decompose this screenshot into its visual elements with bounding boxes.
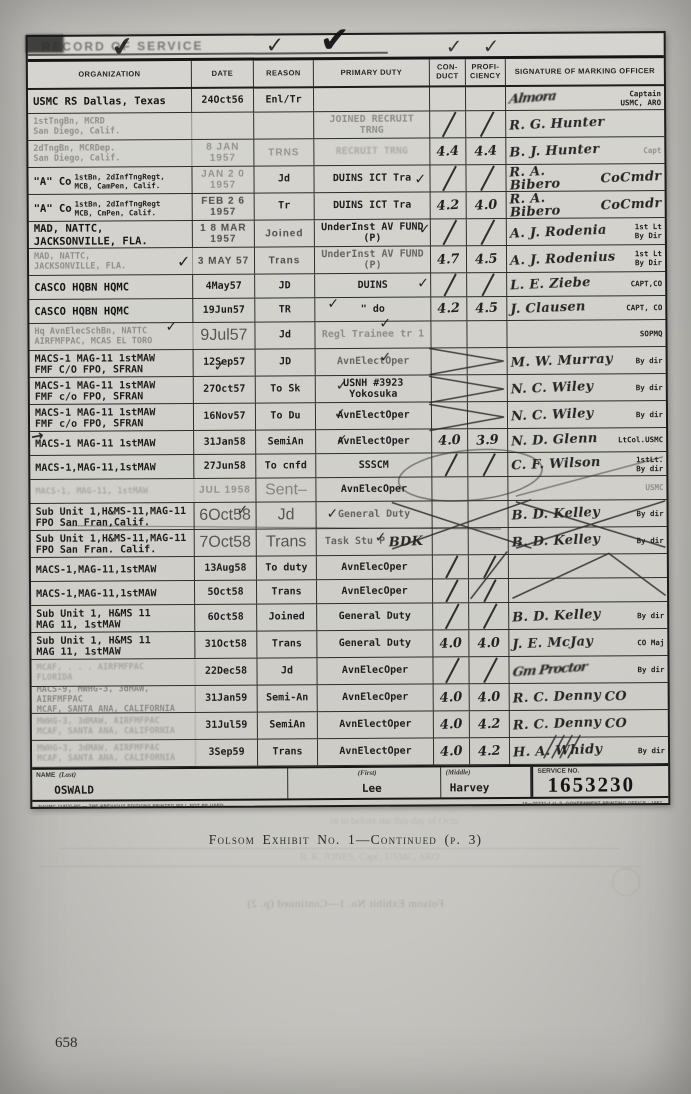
organization-line: MACS-1 MAG-11 1stMAW xyxy=(35,352,190,364)
column-header: CON- DUCT xyxy=(430,59,466,85)
conduct-cell xyxy=(432,477,468,500)
signature-script: B. D. Kelley xyxy=(512,607,601,624)
signature-script-suffix: CoCmdr xyxy=(601,197,662,212)
middle-label: (Middle) xyxy=(446,768,471,776)
reason-cell: Joined xyxy=(257,604,317,630)
primary-duty-value: DUINS xyxy=(358,280,388,292)
primary-duty-value: JOINED RECRUIT TRNG xyxy=(316,113,427,137)
organization-sub: 1stBn, 2dInfTngRegtMCB, CmPen, Calif. xyxy=(75,199,161,218)
date-cell: 27Jun58 xyxy=(194,455,256,478)
reason-cell: To Sk xyxy=(256,376,316,402)
reason-value: Joined xyxy=(265,228,303,239)
conduct-cell: 4.2 xyxy=(431,297,467,320)
signature-typed: By dir xyxy=(636,410,663,419)
reason-cell: SemiAn xyxy=(258,712,318,738)
proficiency-cell xyxy=(466,111,506,137)
date-value: 31Jan59 xyxy=(205,693,247,705)
proficiency-cell xyxy=(466,87,506,110)
primary-duty-value: AvnElecOper xyxy=(341,585,407,597)
date-value: 8 JAN 1957 xyxy=(193,142,252,164)
organization-cell: MACS-1,MAG-11,1stMAW xyxy=(30,455,194,479)
signature-cell: N. C. WileyBy dir xyxy=(508,374,666,401)
column-header: DATE xyxy=(192,61,254,87)
conduct-value: 4.2 xyxy=(437,302,460,316)
name-label: NAME (Last) xyxy=(36,771,76,779)
primary-duty-cell: UnderInst AV FUND (P) xyxy=(315,219,431,246)
date-cell xyxy=(192,113,254,139)
primary-duty-value: General Duty xyxy=(339,611,411,623)
organization-line: MCB, CmPen, Calif. xyxy=(75,208,161,218)
primary-duty-value: AvnElectOper xyxy=(339,719,411,731)
organization-line: MACS-1,MAG-11,1stMAW xyxy=(36,588,191,600)
date-cell: 31Oct58 xyxy=(195,632,257,658)
proficiency-cell xyxy=(468,375,508,401)
signature-cell: R. A. BiberoCoCmdr xyxy=(506,164,664,191)
conduct-cell xyxy=(430,111,466,137)
proficiency-cell xyxy=(467,273,507,296)
primary-duty-value: AvnElecOper xyxy=(341,483,407,495)
signature-cell: R. G. Hunter xyxy=(506,110,664,137)
organization-cell: Sub Unit 1,H&MS-11,MAG-11FPO San Fran,Ca… xyxy=(31,503,195,530)
reason-cell: SemiAn xyxy=(256,430,316,453)
primary-duty-cell: DUINS ICT Tra xyxy=(314,165,430,192)
organization-line: MACS-1, MAG-11, 1stMAW xyxy=(35,487,190,498)
service-number-field: SERVICE NO. 1653230 xyxy=(531,766,668,797)
organization-cell: MAD, NATTC,JACKSONVILLE, FLA. xyxy=(29,221,193,248)
primary-duty-value: USNH #3923 Yokosuka xyxy=(318,377,429,401)
organization-cell: MACS-1 MAG-11 1stMAWFMF c/o FPO, SFRAN xyxy=(30,377,194,404)
signature-cell: J. ClausenCAPT, CO xyxy=(507,296,665,320)
date-cell: 6Oct58 xyxy=(195,503,257,529)
signature-cell: R. C. DennyCO xyxy=(510,683,668,710)
conduct-cell xyxy=(433,603,469,629)
conduct-cell xyxy=(431,219,467,245)
signature-script: J. E. McJay xyxy=(512,635,593,651)
signature-cell: J. E. McJayCO Maj xyxy=(509,629,667,656)
organization-line: CASCO HQBN HQMC xyxy=(34,305,189,319)
primary-duty-cell: AvnElecOper xyxy=(318,684,434,711)
primary-duty-value: SSSCM xyxy=(359,460,389,472)
reason-value: Trans xyxy=(266,533,306,551)
signature-script: B. D. Kelley xyxy=(511,505,600,522)
column-header: PROFI- CIENCY xyxy=(466,59,506,85)
signature-typed: 1stLt. By dir xyxy=(636,455,663,473)
date-cell: 8 JAN 1957 xyxy=(192,140,254,166)
reason-cell: Enl/Tr xyxy=(254,88,314,111)
proficiency-cell: 3.9 xyxy=(468,429,508,452)
organization-line: MACS-1 MAG-11 1stMAW xyxy=(35,438,190,450)
reason-cell: Joined xyxy=(255,220,315,246)
reason-cell: Jd xyxy=(257,658,317,684)
organization-line: FMF C/O FPO, SFRAN xyxy=(35,364,190,376)
reason-cell: Jd xyxy=(254,166,314,192)
service-record-row: "A" Co1stBn, 2dInfTngRegtMCB, CmPen, Cal… xyxy=(29,191,665,222)
slash-mark xyxy=(483,657,497,683)
organization-cell: USMC RS Dallas, Texas xyxy=(28,89,192,113)
organization-cell: CASCO HQBN HQMC xyxy=(29,275,193,299)
service-record-table: ORGANIZATIONDATEREASONPRIMARY DUTYCON- D… xyxy=(28,58,668,768)
reason-value: SemiAn xyxy=(269,720,305,732)
primary-duty-cell: Regl Trainee tr 1 xyxy=(315,321,431,348)
signature-script: A. J. Rodenius xyxy=(510,250,616,267)
signature-typed: CAPT, CO xyxy=(626,303,662,312)
ghost-text-line: R. K. JONES, Capt., USMC, ARO xyxy=(300,852,439,863)
signature-cell: N. C. WileyBy dir xyxy=(508,401,666,428)
column-header: SIGNATURE OF MARKING OFFICER xyxy=(506,58,664,85)
name-middle-value: Harvey xyxy=(450,781,490,794)
slash-mark xyxy=(444,604,458,630)
signature-typed: Captain USMC, ARO xyxy=(620,89,661,107)
date-cell: 13Aug58 xyxy=(195,557,257,580)
proficiency-cell xyxy=(469,657,509,683)
primary-duty-value: AvnElecOper xyxy=(341,561,407,573)
date-value: JUL 1958 xyxy=(199,485,251,496)
reason-cell: Trans xyxy=(257,631,317,657)
conduct-cell: 4.2 xyxy=(431,192,467,218)
signature-typed: CO Maj xyxy=(637,638,664,647)
organization-line: MACS-9, MWHG-3, 3dMAW, AIRFMFPAC xyxy=(37,686,192,706)
organization-line: San Diego, Calif. xyxy=(33,154,188,165)
signature-typed: By dir xyxy=(637,665,664,674)
proficiency-cell xyxy=(468,477,508,500)
date-cell: 12Sep57 xyxy=(194,350,256,376)
signature-cell: R. A. BiberoCoCmdr xyxy=(507,191,665,218)
signature-typed: By dir xyxy=(637,611,664,620)
date-value: 12Sep57 xyxy=(203,357,245,369)
signature-script: M. W. Murray xyxy=(510,352,613,369)
organization-text: "A" Co1stBn, 2dInfTngRegt,MCB, CamPen, C… xyxy=(33,172,188,192)
signature-typed: CAPT,CO xyxy=(631,279,663,288)
name-first-field: (First) Lee xyxy=(288,767,442,798)
primary-duty-value: Task Stu P xyxy=(325,536,385,548)
reason-cell: Trans xyxy=(258,739,318,765)
slash-mark xyxy=(482,603,496,629)
primary-duty-cell xyxy=(314,87,430,111)
conduct-cell: 4.4 xyxy=(430,138,466,164)
reason-cell: To Du xyxy=(256,403,316,429)
proficiency-cell xyxy=(467,219,507,245)
conduct-cell xyxy=(432,348,468,374)
date-value: 3 MAY 57 xyxy=(198,255,249,266)
proficiency-cell xyxy=(468,402,508,428)
reason-value: Jd xyxy=(279,330,291,342)
conduct-cell: 4.0 xyxy=(433,630,469,656)
date-value: 13Aug58 xyxy=(204,562,246,574)
signature-cell: L. E. ZiebeCAPT,CO xyxy=(507,272,665,296)
form-title-strip: RECORD OF SERVICE xyxy=(28,33,664,62)
signature-typed: SOPMQ xyxy=(640,329,663,338)
organization-line: MAG 11, 1stMAW xyxy=(36,619,191,631)
slash-mark xyxy=(480,219,494,245)
organization-cell: MACS-1 MAG-11 1stMAW xyxy=(30,431,194,455)
organization-cell: Sub Unit 1, H&MS 11MAG 11, 1stMAW xyxy=(31,632,195,659)
organization-line: CASCO HQBN HQMC xyxy=(34,281,189,295)
slash-mark xyxy=(445,658,459,684)
signature-cell: Gm ProctorBy dir xyxy=(509,656,667,683)
primary-duty-cell: AvnElecOper xyxy=(317,579,433,603)
date-value: 6Oct58 xyxy=(199,507,251,525)
reason-cell: Tr xyxy=(255,193,315,219)
date-value: 4May57 xyxy=(206,280,242,292)
date-cell: 24Oct56 xyxy=(192,89,254,112)
slash-mark xyxy=(483,555,496,578)
reason-cell: TRNS xyxy=(254,139,314,165)
date-cell: 22Dec58 xyxy=(195,659,257,685)
primary-duty-value: General Duty xyxy=(339,638,411,650)
primary-duty-value: UnderInst AV FUND (P) xyxy=(317,248,428,272)
primary-duty-cell: DUINS xyxy=(315,273,431,297)
primary-duty-cell: AvnElecOper xyxy=(316,477,432,501)
reason-value: Trans xyxy=(269,255,301,266)
proficiency-value: 4.4 xyxy=(474,144,497,158)
organization-cell: CASCO HQBN HQMC xyxy=(29,299,193,323)
primary-duty-cell: Task Stu PBDK xyxy=(317,528,433,555)
proficiency-value: 4.0 xyxy=(478,690,501,704)
date-cell: 31Jan59 xyxy=(196,686,258,712)
primary-duty-value: Regl Trainee tr 1 xyxy=(322,329,424,341)
service-record-row: MACS-9, MWHG-3, 3dMAW, AIRFMFPACMCAF, SA… xyxy=(32,683,668,714)
reason-value: Trans xyxy=(272,639,302,651)
primary-duty-value: AvnElectOper xyxy=(337,356,409,368)
name-middle-field: (Middle) Harvey xyxy=(442,767,532,798)
service-number-value: 1653230 xyxy=(547,772,635,798)
signature-cell: B. D. KelleyBy dir xyxy=(509,602,667,629)
conduct-value: 4.0 xyxy=(440,717,463,731)
proficiency-cell xyxy=(469,603,509,629)
proficiency-value: 4.2 xyxy=(478,744,501,758)
column-header: REASON xyxy=(254,60,314,86)
date-value: 22Dec58 xyxy=(205,666,247,678)
date-value: 3Sep59 xyxy=(208,747,244,759)
primary-duty-cell: AvnElectOper xyxy=(316,429,432,453)
reason-value: JD xyxy=(279,357,291,369)
organization-cell: MAD, NATTC,JACKSONVILLE, FLA. xyxy=(29,248,193,275)
first-label: (First) xyxy=(358,769,377,777)
signature-cell: H. A. WhidyBy dir xyxy=(510,737,668,764)
organization-line: Sub Unit 1, H&MS 11 xyxy=(36,634,191,646)
service-record-row: MAD, NATTC,JACKSONVILLE, FLA.1 8 MAR 195… xyxy=(29,218,665,249)
name-first-value: Lee xyxy=(362,782,382,795)
reason-value: SemiAn xyxy=(268,436,304,448)
signature-cell xyxy=(509,578,667,602)
signature-script: Gm Proctor xyxy=(512,660,588,679)
date-cell: 31Jan58 xyxy=(194,431,256,454)
signature-cell: C. F. Wilson1stLt. By dir xyxy=(508,452,666,476)
organization-line: MAG 11, 1stMAW xyxy=(36,646,191,658)
organization-line: San Diego, Calif. xyxy=(33,127,188,138)
organization-line: MCAF, SANTA ANA, CALIFORNIA xyxy=(37,705,192,713)
reason-cell: To cnfd xyxy=(256,454,316,477)
organization-line: MAD, NATTC, xyxy=(34,222,189,236)
proficiency-value: 4.2 xyxy=(478,717,501,731)
proficiency-cell: 4.0 xyxy=(467,192,507,218)
organization-line: AIRFMFPAC, MCAS EL TORO xyxy=(34,337,189,348)
organization-cell: Sub Unit 1, H&MS 11MAG 11, 1stMAW xyxy=(31,605,195,632)
signature-script: H. A. Whidy xyxy=(513,742,603,759)
primary-duty-cell: AvnElectOper xyxy=(316,348,432,375)
organization-cell: MWHG-3, 3dMAW, AIRFMFPACMCAF, SANTA ANA,… xyxy=(32,713,196,740)
service-record-row: 1stTngBn, MCRDSan Diego, Calif.JOINED RE… xyxy=(28,110,664,141)
reason-cell: JD xyxy=(255,274,315,297)
primary-duty-value: AvnElectOper xyxy=(337,435,409,447)
organization-line: MCAF, SANTA ANA, CALIFORNIA xyxy=(37,754,192,765)
conduct-value: 4.7 xyxy=(437,252,460,266)
signature-script-suffix: CoCmdr xyxy=(600,170,661,185)
scanned-page: RECORD OF SERVICE ORGANIZATIONDATEREASON… xyxy=(0,0,691,1094)
service-record-row: MACS-1 MAG-11 1stMAWFMF c/o FPO, SFRAN16… xyxy=(30,401,666,432)
ghost-text-line: rn to before me this day of Octo xyxy=(330,816,458,827)
date-cell: 3 MAY 57 xyxy=(193,248,255,274)
service-record-row: Sub Unit 1, H&MS 11MAG 11, 1stMAW31Oct58… xyxy=(31,629,667,660)
conduct-value: 4.4 xyxy=(436,144,459,158)
date-value: JAN 2 0 1957 xyxy=(193,169,252,191)
signature-cell: A. J. Rodenius1st Lt By Dir xyxy=(507,245,665,272)
column-header: ORGANIZATION xyxy=(28,61,192,88)
signature-script: R. C. Denny xyxy=(513,715,602,732)
proficiency-value: 4.5 xyxy=(475,301,498,315)
signature-script: A. J. Rodenia xyxy=(510,223,607,240)
reason-value: Semi-An xyxy=(266,692,308,704)
reason-cell: Jd xyxy=(255,322,315,348)
slash-mark xyxy=(443,274,456,297)
reason-cell: Semi-An xyxy=(258,685,318,711)
signature-script: Almora xyxy=(508,90,556,107)
conduct-cell xyxy=(432,375,468,401)
date-value: 24Oct56 xyxy=(201,94,243,106)
proficiency-cell xyxy=(466,165,506,191)
organization-cell: Hq AvnElecSchBn, NATTCAIRFMFPAC, MCAS EL… xyxy=(29,323,193,350)
date-cell: 9Jul57 xyxy=(193,323,255,349)
column-header: PRIMARY DUTY xyxy=(314,59,430,86)
service-record-row: Sub Unit 1,H&MS-11,MAG-11FPO San Fran. C… xyxy=(31,527,667,558)
proficiency-value: 4.5 xyxy=(475,252,498,266)
primary-duty-cell: USNH #3923 Yokosuka xyxy=(316,375,432,402)
table-header-row: ORGANIZATIONDATEREASONPRIMARY DUTYCON- D… xyxy=(28,58,664,90)
primary-duty-cell: General Duty xyxy=(317,603,433,630)
signature-typed: 1st Lt By Dir xyxy=(635,222,662,240)
organization-cell: MCAF, . . . AIRFMFPACFLORIDA xyxy=(31,659,195,686)
conduct-cell xyxy=(431,321,467,347)
organization-cell: "A" Co1stBn, 2dInfTngRegt,MCB, CamPen, C… xyxy=(28,167,192,194)
form-title: RECORD OF SERVICE xyxy=(42,39,204,54)
organization-main: "A" Co xyxy=(34,202,72,215)
date-cell: 27Oct57 xyxy=(194,377,256,403)
reason-cell: To duty xyxy=(257,556,317,579)
reason-cell: Trans xyxy=(257,529,317,555)
service-record-row: MAD, NATTC,JACKSONVILLE, FLA.3 MAY 57Tra… xyxy=(29,245,665,276)
reason-value: Tr xyxy=(278,201,290,213)
slash-mark xyxy=(480,165,494,191)
conduct-cell xyxy=(433,555,469,578)
slash-mark xyxy=(445,556,458,579)
exhibit-caption: Folsom Exhibit No. 1—Continued (p. 3) xyxy=(0,832,691,848)
proficiency-cell xyxy=(469,528,509,554)
signature-script: N. C. Wiley xyxy=(511,407,594,423)
signature-cell: M. W. MurrayBy dir xyxy=(508,347,666,374)
signature-cell: SOPMQ xyxy=(507,320,665,347)
conduct-cell xyxy=(430,87,466,110)
signature-script: C. F. Wilson xyxy=(511,456,601,473)
signature-script: J. Clausen xyxy=(510,300,586,316)
date-cell: JAN 2 0 1957 xyxy=(192,167,254,193)
primary-duty-cell: AvnElectOper xyxy=(318,738,434,765)
signature-cell: USMC xyxy=(508,476,666,500)
primary-duty-cell: AvnElecOper xyxy=(317,657,433,684)
organization-line: FPO San Fran. Calif. xyxy=(36,544,191,556)
conduct-cell xyxy=(431,273,467,296)
conduct-cell xyxy=(432,453,468,476)
organization-cell: Sub Unit 1,H&MS-11,MAG-11FPO San Fran. C… xyxy=(31,530,195,557)
slash-mark xyxy=(445,580,458,603)
reason-value: JD xyxy=(279,280,291,292)
primary-duty-cell: RECRUIT TRNG xyxy=(314,138,430,165)
primary-duty-cell: SSSCM xyxy=(316,453,432,477)
organization-cell: MACS-1, MAG-11, 1stMAW xyxy=(30,479,194,503)
date-cell: 3Sep59 xyxy=(196,740,258,766)
organization-main: "A" Co xyxy=(34,175,72,188)
proficiency-cell xyxy=(468,453,508,476)
service-record-row: MACS-1 MAG-11 1stMAWFMF c/o FPO, SFRAN27… xyxy=(30,374,666,405)
date-cell: 7Oct58 xyxy=(195,530,257,556)
slash-mark xyxy=(442,220,456,246)
date-cell: 19Jun57 xyxy=(193,299,255,322)
signature-typed: Capt xyxy=(643,146,661,155)
signature-cell: N. D. GlennLtCol.USMC xyxy=(508,428,666,452)
ghost-stamp-circle xyxy=(612,868,640,896)
name-footer-row: NAME (Last) OSWALD (First) Lee (Middle) … xyxy=(32,764,668,802)
primary-duty-value: AvnElecOper xyxy=(342,665,408,677)
date-value: 6Oct58 xyxy=(208,612,244,624)
primary-duty-value: AvnElecOper xyxy=(342,692,408,704)
conduct-value: 4.0 xyxy=(440,744,463,758)
reason-value: To cnfd xyxy=(265,460,307,472)
date-value: 5Oct58 xyxy=(207,586,243,598)
organization-line: MACS-1,MAG-11,1stMAW xyxy=(36,564,191,576)
signature-cell: B. D. KelleyBy dir xyxy=(509,527,667,554)
date-cell: 4May57 xyxy=(193,275,255,298)
signature-cell xyxy=(509,554,667,578)
date-value: 7Oct58 xyxy=(199,534,251,552)
organization-line: JACKSONVILLE, FLA. xyxy=(34,235,189,248)
organization-cell: MACS-1 MAG-11 1stMAWFMF C/O FPO, SFRAN xyxy=(30,350,194,377)
reason-value: To Du xyxy=(270,411,300,423)
reason-value: Trans xyxy=(271,586,301,598)
ghost-rule xyxy=(40,866,640,867)
reason-value: Sent– xyxy=(265,481,307,499)
organization-line: FMF c/o FPO, SFRAN xyxy=(35,418,190,430)
conduct-cell: 4.0 xyxy=(432,429,468,452)
reason-value: TR xyxy=(279,304,291,316)
record-of-service-form: RECORD OF SERVICE ORGANIZATIONDATEREASON… xyxy=(26,31,671,809)
conduct-cell xyxy=(433,657,469,683)
date-cell: 31Jul59 xyxy=(196,713,258,739)
organization-cell: MWHG-3, 3dMAW, AIRFMFPACMCAF, SANTA ANA,… xyxy=(32,740,196,767)
signature-typed: By dir xyxy=(637,536,664,545)
reason-value: Jd xyxy=(281,666,293,678)
organization-line: MACS-1 MAG-11 1stMAW xyxy=(35,406,190,418)
reason-value: TRNS xyxy=(268,147,299,158)
slash-mark xyxy=(479,111,493,137)
date-value: 9Jul57 xyxy=(200,327,247,345)
reason-value: To duty xyxy=(265,562,307,574)
fine-print-left: NAVMC 118(3)-PD — THE PREVIOUS EDITIONS … xyxy=(38,803,223,809)
proficiency-cell xyxy=(468,501,508,527)
reason-cell: Trans xyxy=(257,580,317,603)
primary-duty-cell: AvnElectOper xyxy=(316,402,432,429)
organization-line: USMC RS Dallas, Texas xyxy=(33,95,188,109)
proficiency-cell: 4.4 xyxy=(466,138,506,164)
primary-duty-cell: DUINS ICT Tra xyxy=(315,192,431,219)
